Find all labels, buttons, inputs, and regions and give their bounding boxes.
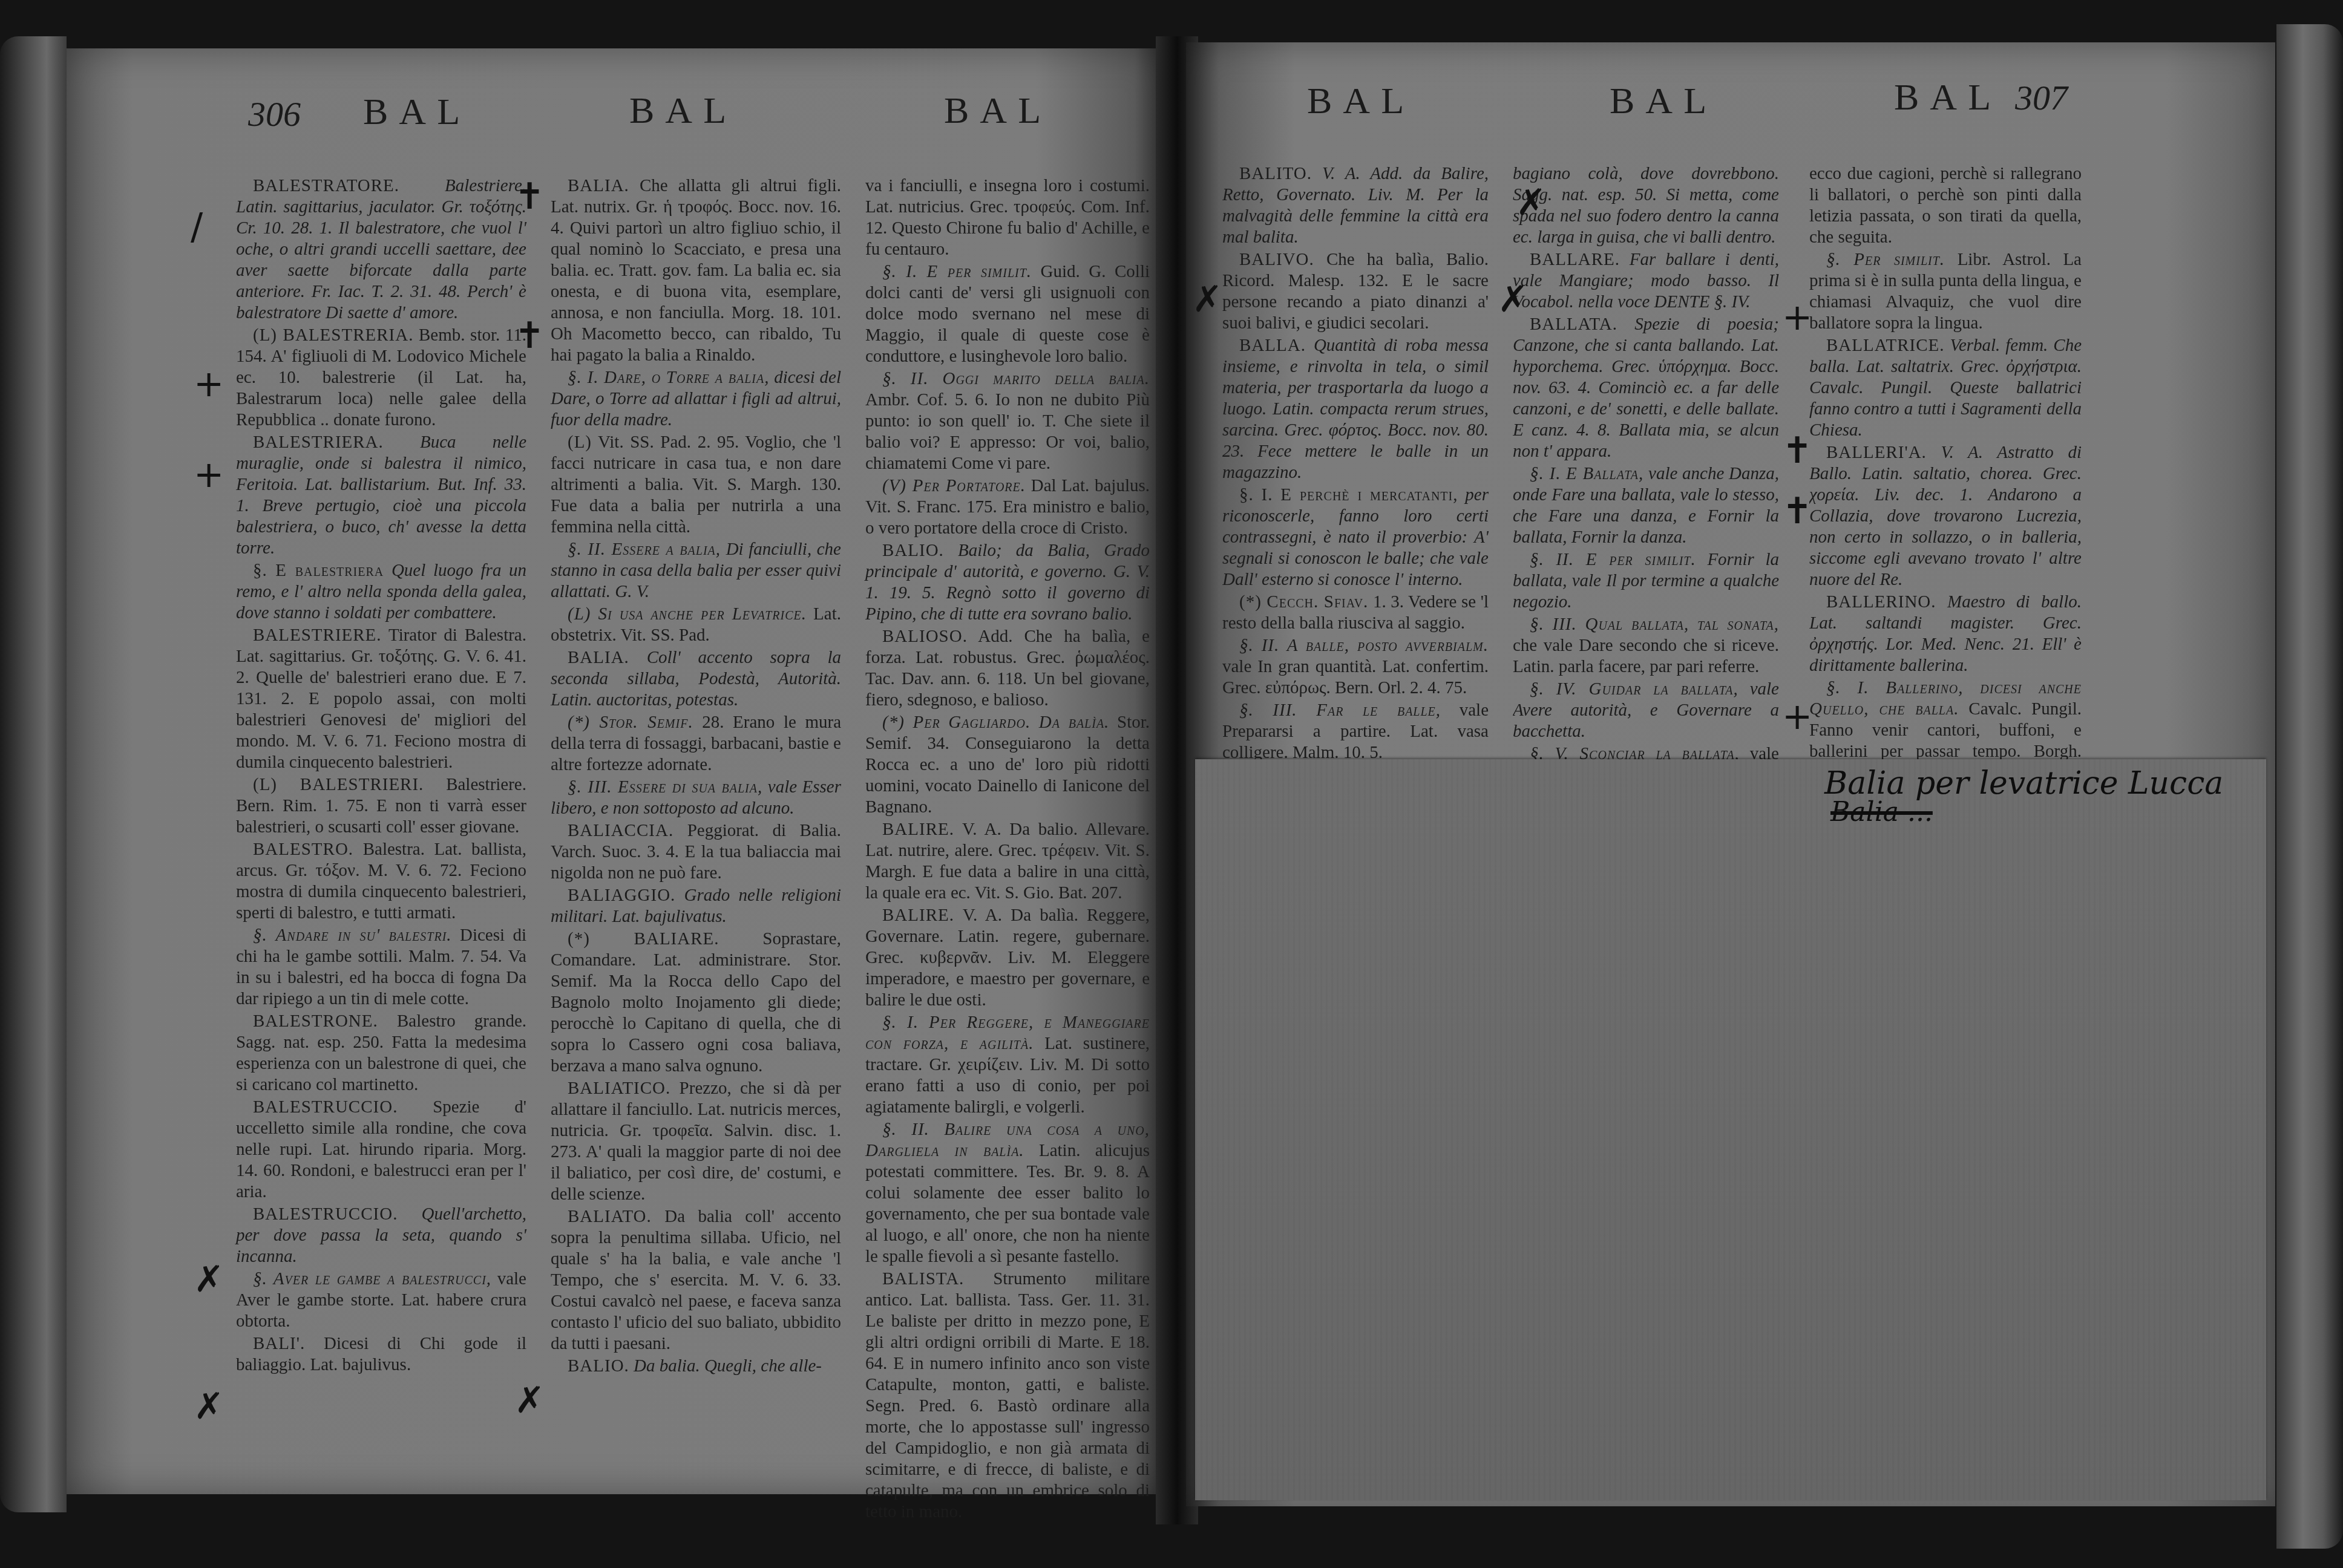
margin-cross-icon: + — [1782, 296, 1812, 339]
running-head: BAL — [1307, 80, 1415, 123]
dictionary-entry: BALLERINO. Maestro di ballo. Lat. saltan… — [1809, 592, 2082, 676]
running-head: BAL — [363, 91, 471, 134]
column-left-3: va i fanciulli, e insegna loro i costumi… — [865, 175, 1150, 1524]
dictionary-entry: BALITO. V. A. Add. da Balire, Retto, Gov… — [1222, 163, 1489, 248]
book-edge-right — [2276, 24, 2343, 1549]
dictionary-entry: BALLERI'A. V. A. Astratto di Ballo. Lati… — [1809, 442, 2082, 590]
dictionary-entry: §. IV. Guidar la ballata, vale Avere aut… — [1513, 679, 1779, 742]
dictionary-entry: §. I. Dare, o Torre a balia, dicesi del … — [551, 367, 841, 431]
column-right-1: BALITO. V. A. Add. da Balire, Retto, Gov… — [1222, 163, 1489, 780]
dictionary-entry: BALIRE. V. A. Da balìa. Reggere, Governa… — [865, 905, 1150, 1011]
dictionary-entry: BALIATICO. Prezzo, che si dà per allatta… — [551, 1078, 841, 1205]
margin-cross-icon: ✗ — [514, 1379, 545, 1422]
column-left-2: BALIA. Che allatta gli altrui figli. Lat… — [551, 175, 841, 1378]
dictionary-entry: BALESTRUCCIO. Quell'archetto, per dove p… — [236, 1204, 526, 1267]
dictionary-entry: §. I. E per similit. Guid. G. Colli dolc… — [865, 261, 1150, 367]
running-head: BAL — [1610, 80, 1717, 123]
margin-cross-icon: + — [1782, 696, 1812, 738]
dictionary-entry: §. II. E per similit. Fornir la ballata,… — [1513, 549, 1779, 613]
page-number: 307 — [2015, 77, 2068, 118]
dictionary-entry: §. I. E Ballata, vale anche Danza, onde … — [1513, 463, 1779, 548]
dictionary-entry: BALESTRIERE. Tirator di Balestra. Lat. s… — [236, 625, 526, 773]
margin-cross-icon: + — [194, 454, 224, 496]
dictionary-entry: §. Per similit. Libr. Astrol. La prima s… — [1809, 249, 2082, 334]
column-right-3: ecco due cagioni, perchè si rallegrano l… — [1809, 163, 2082, 786]
dictionary-entry: §. Andare in su' balestri. Dicesi di chi… — [236, 925, 526, 1010]
dictionary-entry: §. III. Essere di sua balia, vale Esser … — [551, 777, 841, 819]
dictionary-entry: BALIAGGIO. Grado nelle religioni militar… — [551, 885, 841, 927]
dictionary-entry: BALIO. Bailo; da Balia, Grado principale… — [865, 540, 1150, 625]
dictionary-entry: BALIO. Da balia. Quegli, che alle- — [551, 1356, 841, 1377]
margin-cross-icon: ✗ — [1192, 278, 1222, 321]
margin-cross-icon: ✝ — [514, 175, 545, 218]
dictionary-entry: §. III. Qual ballata, tal sonata, che va… — [1513, 614, 1779, 678]
margin-mark-icon: / — [191, 206, 203, 248]
dictionary-entry: §. II. A balle, posto avverbialm. vale I… — [1222, 635, 1489, 699]
margin-cross-icon: ✝ — [1782, 430, 1812, 472]
page-number: 306 — [248, 94, 301, 134]
dictionary-entry: BALLA. Quantità di roba messa insieme, e… — [1222, 335, 1489, 483]
left-page: 306 BAL BAL BAL BALESTRATORE. Balestrier… — [67, 48, 1168, 1494]
handwritten-note: Balia per levatrice Lucca — [1824, 765, 2223, 802]
dictionary-entry: §. III. Far le balle, vale Prepararsi a … — [1222, 700, 1489, 763]
margin-cross-icon: ✗ — [194, 1385, 224, 1428]
margin-cross-icon: ✗ — [1516, 181, 1546, 224]
margin-cross-icon: ✗ — [194, 1258, 224, 1301]
dictionary-entry: (L) BALESTRERIA. Bemb. stor. 11. 154. A'… — [236, 325, 526, 431]
dictionary-entry: BALESTRATORE. Balestriere. Latin. sagitt… — [236, 175, 526, 324]
dictionary-entry: (L) BALESTRIERI. Balestriere. Bern. Rim.… — [236, 774, 526, 838]
dictionary-entry: §. II. Oggi marito della balia. Ambr. Co… — [865, 368, 1150, 474]
dictionary-entry: (*) Cecch. Sfiav. 1. 3. Vedere se 'l res… — [1222, 592, 1489, 634]
book-edge-left — [0, 36, 67, 1512]
dictionary-entry: §. II. Balire una cosa a uno, Dargliela … — [865, 1119, 1150, 1267]
running-head: BAL — [1894, 76, 2002, 119]
dictionary-entry: BALESTRUCCIO. Spezie d' uccelletto simil… — [236, 1097, 526, 1203]
dictionary-entry: BALI'. Dicesi di Chi gode il baliaggio. … — [236, 1333, 526, 1376]
dictionary-entry: §. E balestriera Quel luogo fra un remo,… — [236, 560, 526, 624]
column-left-1: BALESTRATORE. Balestriere. Latin. sagitt… — [236, 175, 526, 1377]
dictionary-entry: (*) Per Gagliardo. Da balìa. Stor. Semif… — [865, 712, 1150, 818]
margin-cross-icon: + — [194, 363, 224, 405]
dictionary-entry: BALIVO. Che ha balìa, Balio. Ricord. Mal… — [1222, 249, 1489, 334]
dictionary-entry: ecco due cagioni, perchè si rallegrano l… — [1809, 163, 2082, 248]
dictionary-entry: BALLATA. Spezie di poesia; Canzone, che … — [1513, 314, 1779, 462]
dictionary-entry: (L) Si usa anche per Levatrice. Lat. obs… — [551, 604, 841, 646]
running-head: BAL — [944, 90, 1052, 132]
dictionary-entry: BALIA. Che allatta gli altrui figli. Lat… — [551, 175, 841, 366]
dictionary-entry: BALLARE. Far ballare i denti, vale Mangi… — [1513, 249, 1779, 313]
dictionary-entry: BALESTRONE. Balestro grande. Sagg. nat. … — [236, 1011, 526, 1096]
dictionary-entry: BALLATRICE. Verbal. femm. Che balla. Lat… — [1809, 335, 2082, 441]
dictionary-entry: BALISTA. Strumento militare antico. Lat.… — [865, 1269, 1150, 1523]
dictionary-entry: §. I. Per Reggere, e Maneggiare con forz… — [865, 1012, 1150, 1118]
dictionary-entry: BALIACCIA. Peggiorat. di Balia. Varch. S… — [551, 820, 841, 884]
running-head: BAL — [629, 90, 737, 132]
margin-cross-icon: ✗ — [1498, 278, 1528, 321]
struck-handwritten-note: Balia ... — [1830, 797, 1933, 828]
dictionary-entry: BALESTRIERA. Buca nelle muraglie, onde s… — [236, 432, 526, 559]
dictionary-entry: §. Aver le gambe a balestrucci, vale Ave… — [236, 1269, 526, 1332]
dictionary-entry: BALIA. Coll' accento sopra la seconda si… — [551, 647, 841, 711]
dictionary-entry: (*) BALIARE. Soprastare, Comandare. Lat.… — [551, 929, 841, 1077]
column-right-2: bagiano colà, dove dovrebbono. Sagg. nat… — [1513, 163, 1779, 780]
paper-slip-overlay: Balia per levatrice Lucca Balia ... — [1195, 759, 2266, 1500]
dictionary-entry: §. II. Essere a balia, Di fanciulli, che… — [551, 539, 841, 603]
dictionary-entry: (*) Stor. Semif. 28. Erano le mura della… — [551, 712, 841, 776]
dictionary-entry: va i fanciulli, e insegna loro i costumi… — [865, 175, 1150, 260]
margin-cross-icon: ✝ — [514, 315, 545, 357]
dictionary-entry: (L) Vit. SS. Pad. 2. 95. Voglio, che 'l … — [551, 432, 841, 538]
dictionary-entry: BALIRE. V. A. Da balio. Allevare. Lat. n… — [865, 819, 1150, 904]
margin-cross-icon: ✝ — [1782, 490, 1812, 532]
dictionary-entry: BALESTRO. Balestra. Lat. ballista, arcus… — [236, 839, 526, 924]
dictionary-entry: BALIOSO. Add. Che ha balìa, e forza. Lat… — [865, 626, 1150, 711]
dictionary-entry: (V) Per Portatore. Dal Lat. bajulus. Vit… — [865, 475, 1150, 539]
dictionary-entry: bagiano colà, dove dovrebbono. Sagg. nat… — [1513, 163, 1779, 248]
dictionary-entry: BALIATO. Da balia coll' accento sopra la… — [551, 1206, 841, 1354]
dictionary-entry: §. I. E perchè i mercatanti, per riconos… — [1222, 485, 1489, 590]
